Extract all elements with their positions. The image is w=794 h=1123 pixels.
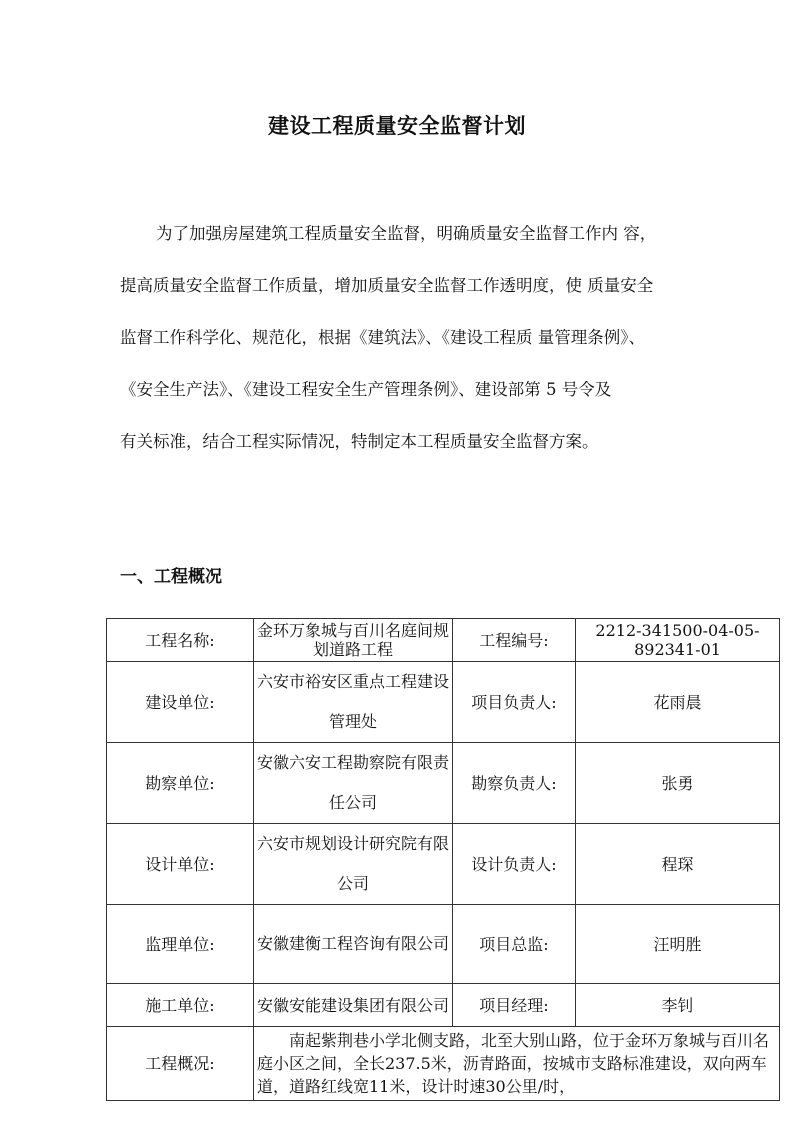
overview-text: 南起紫荆巷小学北侧支路，北至大别山路，位于金环万象城与百川名庭小区之间，全长23… bbox=[254, 1027, 780, 1101]
value-cell: 金环万象城与百川名庭间规划道路工程 bbox=[254, 619, 453, 662]
value-cell: 安徽安能建设集团有限公司 bbox=[254, 984, 453, 1027]
intro-line: 为了加强房屋建筑工程质量安全监督，明确质量安全监督工作内 容， bbox=[156, 222, 656, 246]
document-title: 建设工程质量安全监督计划 bbox=[0, 110, 794, 140]
intro-line: 监督工作科学化、规范化，根据《建筑法》、《建设工程质 量管理条例》、 bbox=[120, 326, 645, 350]
intro-line: 有关标准，结合工程实际情况，特制定本工程质量安全监督方案。 bbox=[120, 430, 599, 454]
label-cell: 项目负责人: bbox=[453, 662, 576, 743]
value-cell: 六安市裕安区重点工程建设管理处 bbox=[254, 662, 453, 743]
value-cell: 花雨晨 bbox=[576, 662, 780, 743]
table-row: 设计单位: 六安市规划设计研究院有限公司 设计负责人: 程琛 bbox=[107, 824, 780, 905]
label-cell: 工程概况: bbox=[107, 1027, 254, 1101]
label-cell: 设计负责人: bbox=[453, 824, 576, 905]
value-cell: 安徽建衡工程咨询有限公司 bbox=[254, 905, 453, 984]
label-cell: 项目经理: bbox=[453, 984, 576, 1027]
value-cell: 李钊 bbox=[576, 984, 780, 1027]
table-row: 工程名称: 金环万象城与百川名庭间规划道路工程 工程编号: 2212-34150… bbox=[107, 619, 780, 662]
intro-line: 《安全生产法》、《建设工程安全生产管理条例》、建设部第 5 号令及 bbox=[120, 378, 611, 402]
label-cell: 施工单位: bbox=[107, 984, 254, 1027]
project-info-table: 工程名称: 金环万象城与百川名庭间规划道路工程 工程编号: 2212-34150… bbox=[106, 618, 780, 1101]
value-cell: 安徽六安工程勘察院有限责任公司 bbox=[254, 743, 453, 824]
value-cell: 程琛 bbox=[576, 824, 780, 905]
section-heading: 一、工程概况 bbox=[120, 562, 222, 587]
table-row: 监理单位: 安徽建衡工程咨询有限公司 项目总监: 汪明胜 bbox=[107, 905, 780, 984]
label-cell: 工程编号: bbox=[453, 619, 576, 662]
label-cell: 勘察负责人: bbox=[453, 743, 576, 824]
value-cell: 汪明胜 bbox=[576, 905, 780, 984]
intro-line: 提高质量安全监督工作质量，增加质量安全监督工作透明度，使 质量安全 bbox=[120, 274, 653, 298]
table-row-overview: 工程概况: 南起紫荆巷小学北侧支路，北至大别山路，位于金环万象城与百川名庭小区之… bbox=[107, 1027, 780, 1101]
label-cell: 工程名称: bbox=[107, 619, 254, 662]
label-cell: 设计单位: bbox=[107, 824, 254, 905]
value-cell: 2212-341500-04-05-892341-01 bbox=[576, 619, 780, 662]
label-cell: 监理单位: bbox=[107, 905, 254, 984]
value-cell: 六安市规划设计研究院有限公司 bbox=[254, 824, 453, 905]
table-row: 建设单位: 六安市裕安区重点工程建设管理处 项目负责人: 花雨晨 bbox=[107, 662, 780, 743]
label-cell: 建设单位: bbox=[107, 662, 254, 743]
label-cell: 勘察单位: bbox=[107, 743, 254, 824]
table-row: 勘察单位: 安徽六安工程勘察院有限责任公司 勘察负责人: 张勇 bbox=[107, 743, 780, 824]
table-row: 施工单位: 安徽安能建设集团有限公司 项目经理: 李钊 bbox=[107, 984, 780, 1027]
label-cell: 项目总监: bbox=[453, 905, 576, 984]
value-cell: 张勇 bbox=[576, 743, 780, 824]
